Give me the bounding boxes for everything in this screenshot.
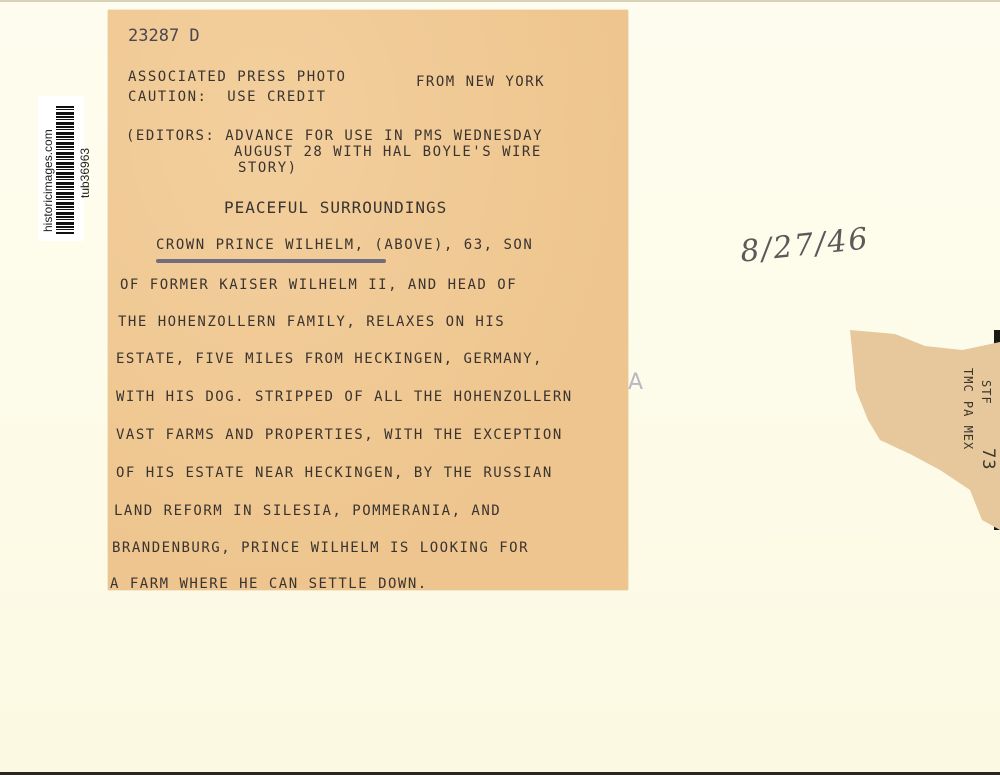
stamp-line-2: TMC PA MEX bbox=[961, 368, 975, 450]
body-line-5: with his dog. Stripped of all the Hohenz… bbox=[116, 390, 573, 404]
stamp-line-1: STF bbox=[979, 380, 993, 405]
reference-number: 23287 D bbox=[128, 28, 200, 45]
caption-clipping: 23287 D Associated Press Photo From New … bbox=[108, 10, 628, 590]
body-line-3: the Hohenzollern family, relaxes on his bbox=[118, 315, 505, 329]
body-line-7: of his estate near Heckingen, by the Rus… bbox=[116, 466, 553, 480]
barcode-site: historicimages.com bbox=[41, 129, 55, 232]
editors-note-line-1: (Editors: Advance for use in PMS Wednesd… bbox=[126, 129, 543, 143]
origin-line: From New York bbox=[416, 75, 545, 89]
barcode-icon bbox=[56, 106, 74, 234]
editors-note-line-2: August 28 with Hal Boyle's wire bbox=[234, 145, 542, 159]
name-underline bbox=[156, 259, 386, 263]
faint-mark: A bbox=[628, 370, 643, 395]
body-line-9: Brandenburg, Prince Wilhelm is looking f… bbox=[112, 541, 529, 555]
barcode-id: tub36963 bbox=[78, 148, 92, 198]
body-line-8: land reform in Silesia, Pommerania, and bbox=[114, 504, 501, 518]
body-line-2: of former Kaiser Wilhelm II, and head of bbox=[120, 278, 517, 292]
stamp-number: 73 bbox=[978, 448, 998, 470]
body-line-4: estate, five miles from Heckingen, Germa… bbox=[116, 352, 543, 366]
caution-line: Caution: Use Credit bbox=[128, 90, 327, 104]
headline: Peaceful Surroundings bbox=[224, 200, 447, 216]
body-line-10: a farm where he can settle down. bbox=[110, 577, 428, 591]
agency-line: Associated Press Photo bbox=[128, 70, 346, 84]
top-edge bbox=[0, 0, 1000, 2]
body-line-1: Crown Prince Wilhelm, (above), 63, son bbox=[156, 238, 533, 252]
body-line-6: vast farms and properties, with the exce… bbox=[116, 428, 563, 442]
editors-note-line-3: story) bbox=[238, 161, 298, 175]
